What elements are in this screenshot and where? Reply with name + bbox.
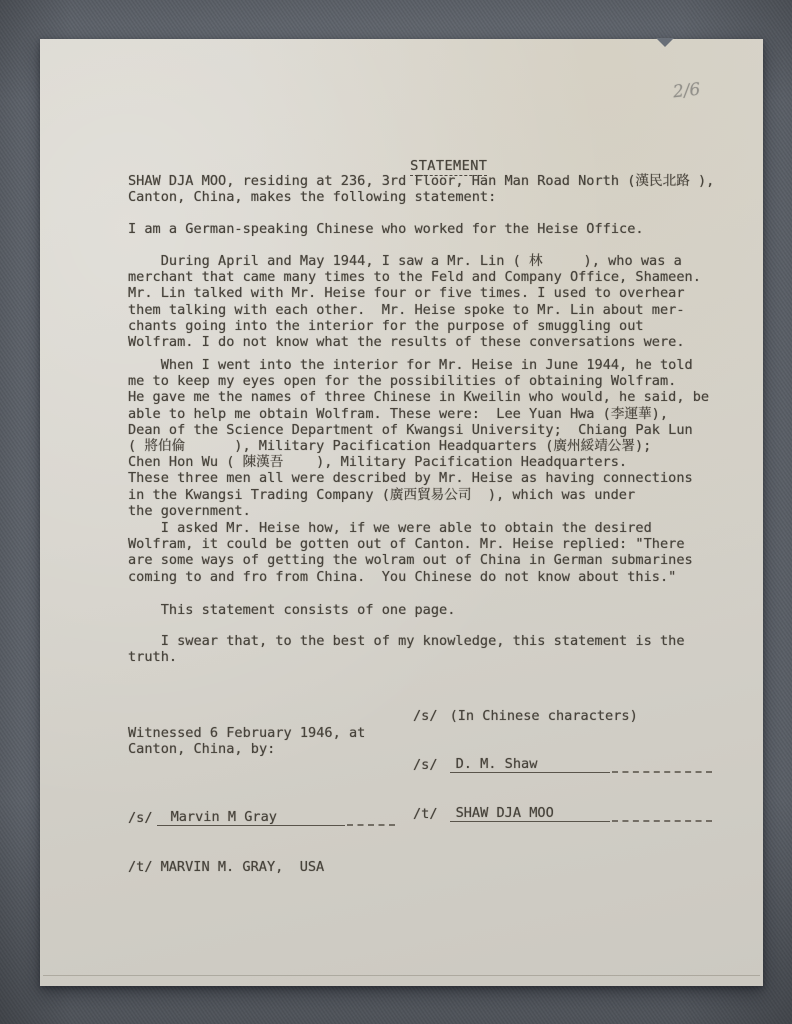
- signature-prefix: /s/: [413, 757, 438, 773]
- statement-paragraph-7: I swear that, to the best of my knowledg…: [128, 633, 788, 665]
- photo-background: 2/6 STATEMENT SHAW DJA MOO, residing at …: [0, 0, 792, 1024]
- witness-typed-name-row: /t/ MARVIN M. GRAY, USA: [128, 858, 458, 875]
- witness-statement-lines: Witnessed 6 February 1946, at Canton, Ch…: [128, 725, 788, 757]
- signature-line-dashes: [612, 819, 712, 822]
- signature-note: (In Chinese characters): [450, 708, 638, 724]
- signature-prefix: /s/: [128, 810, 153, 826]
- deponent-signature-row-name: /s/ D. M. Shaw: [413, 756, 743, 773]
- deponent-signature-block: /s/ (In Chinese characters) /s/ D. M. Sh…: [413, 675, 743, 854]
- signature-line-dashes: [612, 770, 712, 773]
- typed-prefix: /t/: [128, 859, 153, 875]
- statement-paragraph-1: SHAW DJA MOO, residing at 236, 3rd Floor…: [128, 173, 788, 205]
- signature-line-dashes: [347, 823, 395, 826]
- typed-name: MARVIN M. GRAY, USA: [161, 859, 325, 875]
- witness-signature-row: /s/ Marvin M Gray: [128, 809, 458, 826]
- statement-paragraph-5: I asked Mr. Heise how, if we were able t…: [128, 520, 788, 585]
- torn-edge-notch: [656, 38, 674, 47]
- statement-paragraph-2: I am a German-speaking Chinese who worke…: [128, 221, 788, 237]
- signature-name: D. M. Shaw: [450, 756, 610, 773]
- document-page: 2/6 STATEMENT SHAW DJA MOO, residing at …: [40, 39, 763, 986]
- statement-paragraph-4: When I went into the interior for Mr. He…: [128, 357, 788, 519]
- typed-name: SHAW DJA MOO: [450, 805, 610, 822]
- deponent-typed-name-row: /t/ SHAW DJA MOO: [413, 805, 743, 822]
- witness-signature-block: /s/ Marvin M Gray /t/ MARVIN M. GRAY, US…: [128, 777, 458, 907]
- signature-name: Marvin M Gray: [157, 809, 345, 826]
- statement-paragraph-3: During April and May 1944, I saw a Mr. L…: [128, 253, 788, 350]
- deponent-signature-row-chinese: /s/ (In Chinese characters): [413, 707, 743, 724]
- statement-paragraph-6: This statement consists of one page.: [128, 602, 788, 618]
- pencil-page-number: 2/6: [672, 80, 701, 103]
- paper-crease-line: [43, 975, 760, 976]
- signature-prefix: /s/: [413, 708, 438, 724]
